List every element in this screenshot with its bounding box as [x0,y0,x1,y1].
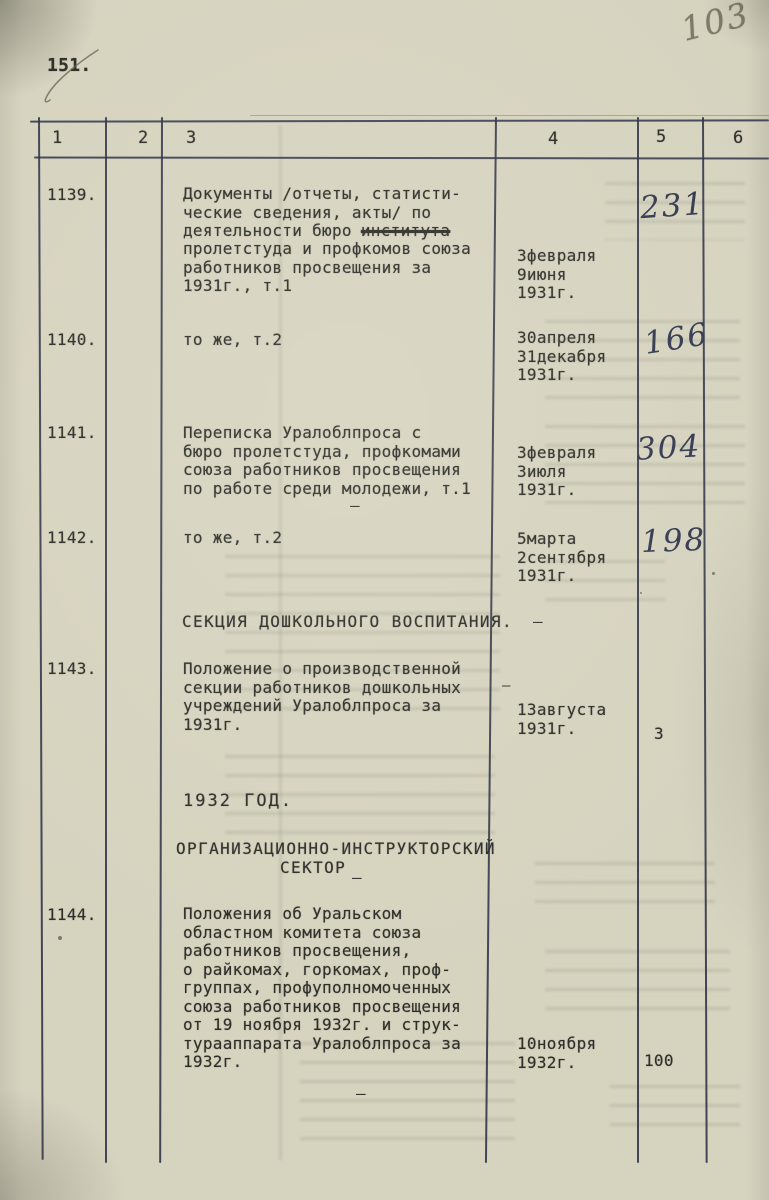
entry-description: то же, т.2 [183,529,282,548]
column-header-2: 2 [138,129,149,148]
entry-dates: 30апреля 31декабря 1931г. [517,329,606,385]
column-line-2-3 [159,117,163,1163]
entry-dates: 3февраля 9июня 1931г. [517,247,596,303]
entry-description-struck-line: деятельности бюроинститута [183,222,450,241]
sheet-count: 100 [644,1052,674,1071]
struck-word: института [361,221,450,240]
entry-number: 1142. [47,529,97,548]
section-header-org-sector-line2: СЕКТОР [280,859,346,878]
entry-number: 1139. [47,186,97,205]
scanned-archive-page: { "page": { "corner_number": "103", "she… [0,0,769,1200]
column-header-5: 5 [656,128,667,147]
sheet-count-handwritten: 166 [642,316,712,362]
stray-dot [58,936,62,940]
ink-speck [712,572,715,575]
description-prefix: деятельности бюро [183,221,352,240]
section-dash: — [533,612,543,631]
column-header-4: 4 [548,130,559,149]
section-dash: — [352,868,362,887]
entry-description: Документы /отчеты, статисти- ческие свед… [183,185,461,222]
table-top-border [30,119,769,122]
column-line-4-5 [637,117,639,1163]
entry-dash: — [356,1084,366,1103]
table-top-border-faint [250,115,769,116]
entry-number: 1141. [47,424,97,443]
sheet-count-handwritten: 304 [635,428,702,467]
sheet-count: 3 [654,725,664,744]
entry-dash: — [350,496,360,515]
entry-dates: 5марта 2сентября 1931г. [517,530,606,586]
entry-number: 1140. [47,331,97,350]
column-header-1: 1 [52,129,63,148]
bleedthrough-smudge [535,862,715,914]
section-header-org-sector-line1: ОРГАНИЗАЦИОННО-ИНСТРУКТОРСКИЙ [176,840,496,859]
handwritten-page-number: 103 [677,0,753,49]
entry-description: Положения об Уральском областном комитет… [183,905,461,1072]
entry-description: Положение о производственной секции рабо… [183,660,461,734]
column-header-3: 3 [186,129,197,148]
section-header-year: 1932 ГОД. [183,792,293,811]
sheet-count-handwritten: 231 [639,186,707,226]
pencil-check-stroke [36,46,106,106]
entry-dates: 3февраля 3июля 1931г. [517,444,596,500]
bleedthrough-smudge [610,1085,740,1130]
entry-number: 1143. [47,660,97,679]
entry-dates: 10ноября 1932г. [517,1035,596,1072]
table-header-underline [34,156,769,159]
table-left-border [38,117,44,1160]
entry-dash: — [502,678,510,694]
entry-dates: 13августа 1931г. [517,701,606,738]
ink-speck [640,592,642,594]
entry-number: 1144. [47,906,97,925]
entry-description: то же, т.2 [183,331,282,350]
section-header-preschool: СЕКЦИЯ ДОШКОЛЬНОГО ВОСПИТАНИЯ. [182,613,513,632]
entry-description: Переписка Уралоблпроса с бюро пролетстуд… [183,424,471,498]
column-line-1-2 [105,117,107,1163]
sheet-count-handwritten: 198 [640,522,706,560]
column-line-5-6 [702,117,708,1163]
column-line-3-4 [485,117,497,1163]
column-header-6: 6 [733,129,744,148]
entry-description: пролетстуда и профкомов союза работников… [183,240,471,296]
